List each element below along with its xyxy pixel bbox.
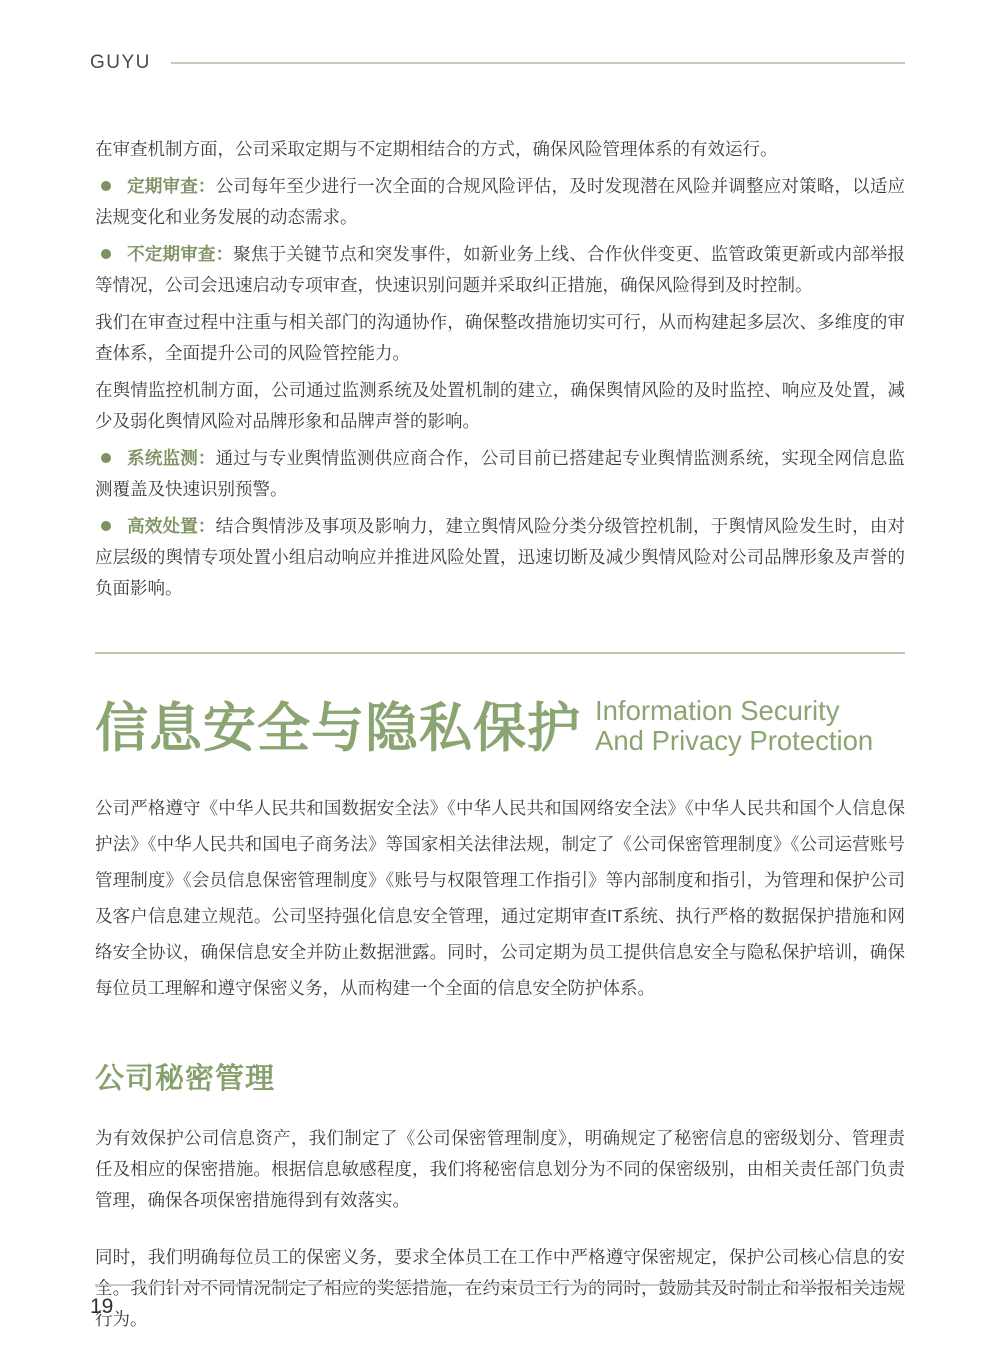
bullet-text: 结合舆情涉及事项及影响力，建立舆情风险分类分级管控机制，于舆情风险发生时，由对应… xyxy=(95,516,905,598)
section-divider-rule xyxy=(95,652,905,654)
security-intro-paragraph: 公司严格遵守《中华人民共和国数据安全法》《中华人民共和国网络安全法》《中华人民共… xyxy=(95,790,905,1006)
secrets-paragraph-1: 为有效保护公司信息资产，我们制定了《公司保密管理制度》，明确规定了秘密信息的密级… xyxy=(95,1123,905,1216)
bullet-item-regular-audit: 定期审查：公司每年至少进行一次全面的合规风险评估，及时发现潜在风险并调整应对策略… xyxy=(95,171,905,233)
bullet-label: 高效处置： xyxy=(127,516,216,536)
section-title-english-line2: And Privacy Protection xyxy=(595,726,873,756)
bullet-dot-icon xyxy=(101,249,111,259)
bullet-label: 定期审查： xyxy=(127,176,216,196)
report-page: GUYU 在审查机制方面，公司采取定期与不定期相结合的方式，确保风险管理体系的有… xyxy=(0,0,1000,1357)
bullet-item-system-monitoring: 系统监测：通过与专业舆情监测供应商合作，公司目前已搭建起专业舆情监测系统，实现全… xyxy=(95,443,905,505)
bullet-label: 不定期审查： xyxy=(127,244,233,264)
bullet-item-efficient-handling: 高效处置：结合舆情涉及事项及影响力，建立舆情风险分类分级管控机制，于舆情风险发生… xyxy=(95,511,905,604)
page-header: GUYU xyxy=(90,52,905,74)
section-title-english-line1: Information Security xyxy=(595,696,873,726)
bullet-label: 系统监测： xyxy=(127,448,216,468)
audit-collaboration-paragraph: 我们在审查过程中注重与相关部门的沟通协作，确保整改措施切实可行，从而构建起多层次… xyxy=(95,307,905,369)
page-number: 19 xyxy=(90,1295,113,1319)
subsection-title-company-secrets: 公司秘密管理 xyxy=(95,1056,905,1097)
header-rule xyxy=(171,62,905,64)
section-title-english: Information Security And Privacy Protect… xyxy=(595,696,873,758)
monitoring-intro-paragraph: 在舆情监控机制方面，公司通过监测系统及处置机制的建立，确保舆情风险的及时监控、响… xyxy=(95,375,905,437)
section-title-block: 信息安全与隐私保护 Information Security And Priva… xyxy=(95,696,905,758)
audit-intro-paragraph: 在审查机制方面，公司采取定期与不定期相结合的方式，确保风险管理体系的有效运行。 xyxy=(95,134,905,165)
bullet-text: 通过与专业舆情监测供应商合作，公司目前已搭建起专业舆情监测系统，实现全网信息监测… xyxy=(95,448,905,499)
bullet-dot-icon xyxy=(101,181,111,191)
bullet-dot-icon xyxy=(101,453,111,463)
brand-logo-text: GUYU xyxy=(90,52,151,74)
footer-rule xyxy=(95,1284,905,1286)
bullet-dot-icon xyxy=(101,521,111,531)
section-title-chinese: 信息安全与隐私保护 xyxy=(95,702,581,758)
bullet-item-irregular-audit: 不定期审查：聚焦于关键节点和突发事件，如新业务上线、合作伙伴变更、监管政策更新或… xyxy=(95,239,905,301)
page-content: 在审查机制方面，公司采取定期与不定期相结合的方式，确保风险管理体系的有效运行。 … xyxy=(95,134,905,1341)
secrets-paragraph-2: 同时，我们明确每位员工的保密义务，要求全体员工在工作中严格遵守保密规定，保护公司… xyxy=(95,1242,905,1335)
bullet-text: 公司每年至少进行一次全面的合规风险评估，及时发现潜在风险并调整应对策略，以适应法… xyxy=(95,176,905,227)
